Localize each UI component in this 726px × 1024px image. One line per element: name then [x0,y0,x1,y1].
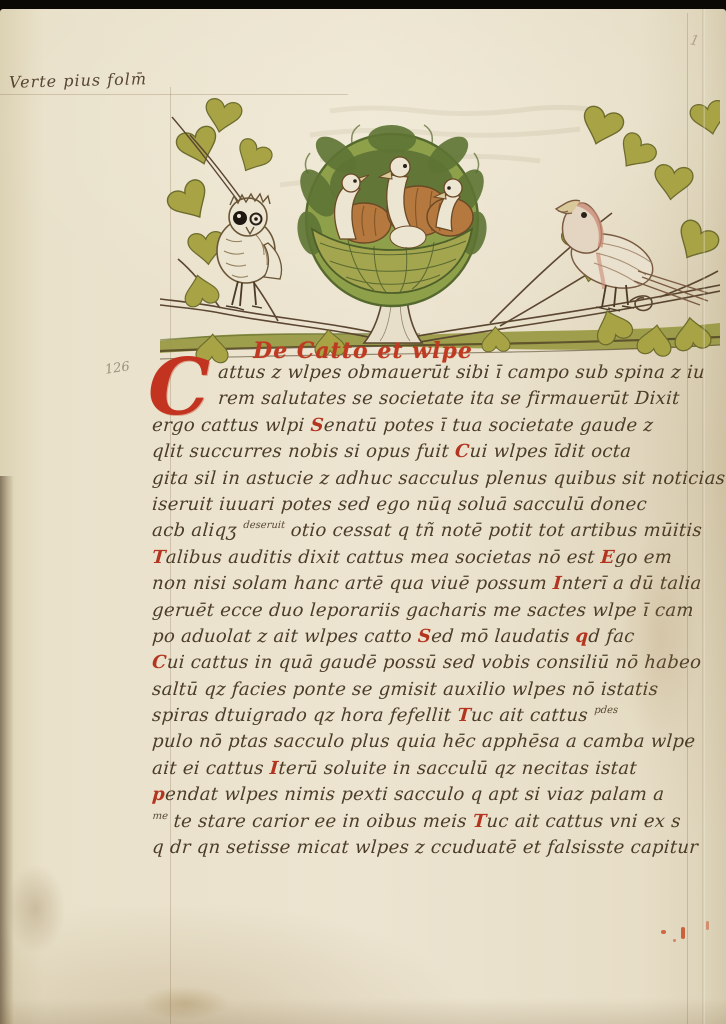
manuscript-line: ergo cattus wlpi Senatū potes ī tua soci… [151,415,709,441]
parchment-page: Verte pius folm̄ 126 1 [0,9,726,1024]
manuscript-line: pendat wlpes nimis pexti sacculo q apt s… [151,784,709,810]
hawk-illustration [556,200,708,311]
manuscript-line: me te stare carior ee in oibus meis Tuc … [151,811,709,837]
red-offset-mark [661,930,666,934]
red-offset-mark [681,927,685,939]
parchment-stain [6,864,66,954]
manuscript-line: acb aliqʒ deseruit otio cessat q tñ notē… [151,520,709,546]
manuscript-line: non nisi solam hanc artē qua viuē possum… [151,573,709,599]
corner-folio-mark: 1 [688,32,700,50]
rubric-title: De Catto et wlpe [0,338,726,364]
manuscript-line: Cui cattus in quā gaudē possū sed vobis … [151,652,709,678]
page-crease [702,9,705,1024]
manuscript-photo: { "page": { "margin_note": "Verte pius f… [0,0,726,1024]
manuscript-line: ait ei cattus Iterū soluite in sacculū q… [151,758,709,784]
binding-edge-shadow [0,476,14,1024]
text-lines: attus z wlpes obmauerūt sibi ī campo sub… [152,362,708,863]
nest-illustration [160,93,720,375]
manuscript-line: gita sil in astucie z adhuc sacculus ple… [151,468,709,494]
text-block: C attus z wlpes obmauerūt sibi ī campo s… [152,362,708,863]
manuscript-line: q dr qn setisse micat wlpes z ccuduatē e… [151,837,709,863]
bottom-edge-shade [0,998,726,1024]
red-offset-mark [706,921,709,930]
red-offset-mark [673,939,676,942]
manuscript-line: iseruit iuuari potes sed ego nūq soluā s… [151,494,709,520]
manuscript-line: spiras dtuigrado qz hora fefellit Tuc ai… [151,705,709,731]
manuscript-line: qlit succurres nobis si opus fuit Cui wl… [151,441,709,467]
nest-with-birds [293,124,491,306]
manuscript-line: attus z wlpes obmauerūt sibi ī campo sub… [151,362,709,388]
manuscript-line: Talibus auditis dixit cattus mea societa… [151,547,709,573]
manuscript-line: rem salutates se societate ita se firmau… [151,388,709,414]
manuscript-line: geruēt ecce duo leporariis gacharis me s… [151,600,709,626]
manuscript-line: pulo nō ptas sacculo plus quia hēc apphē… [151,731,709,757]
margin-note: Verte pius folm̄ [9,69,147,92]
manuscript-line: saltū qz facies ponte se gmisit auxilio … [151,679,709,705]
manuscript-line: po aduolat z ait wlpes catto Sed mō laud… [151,626,709,652]
